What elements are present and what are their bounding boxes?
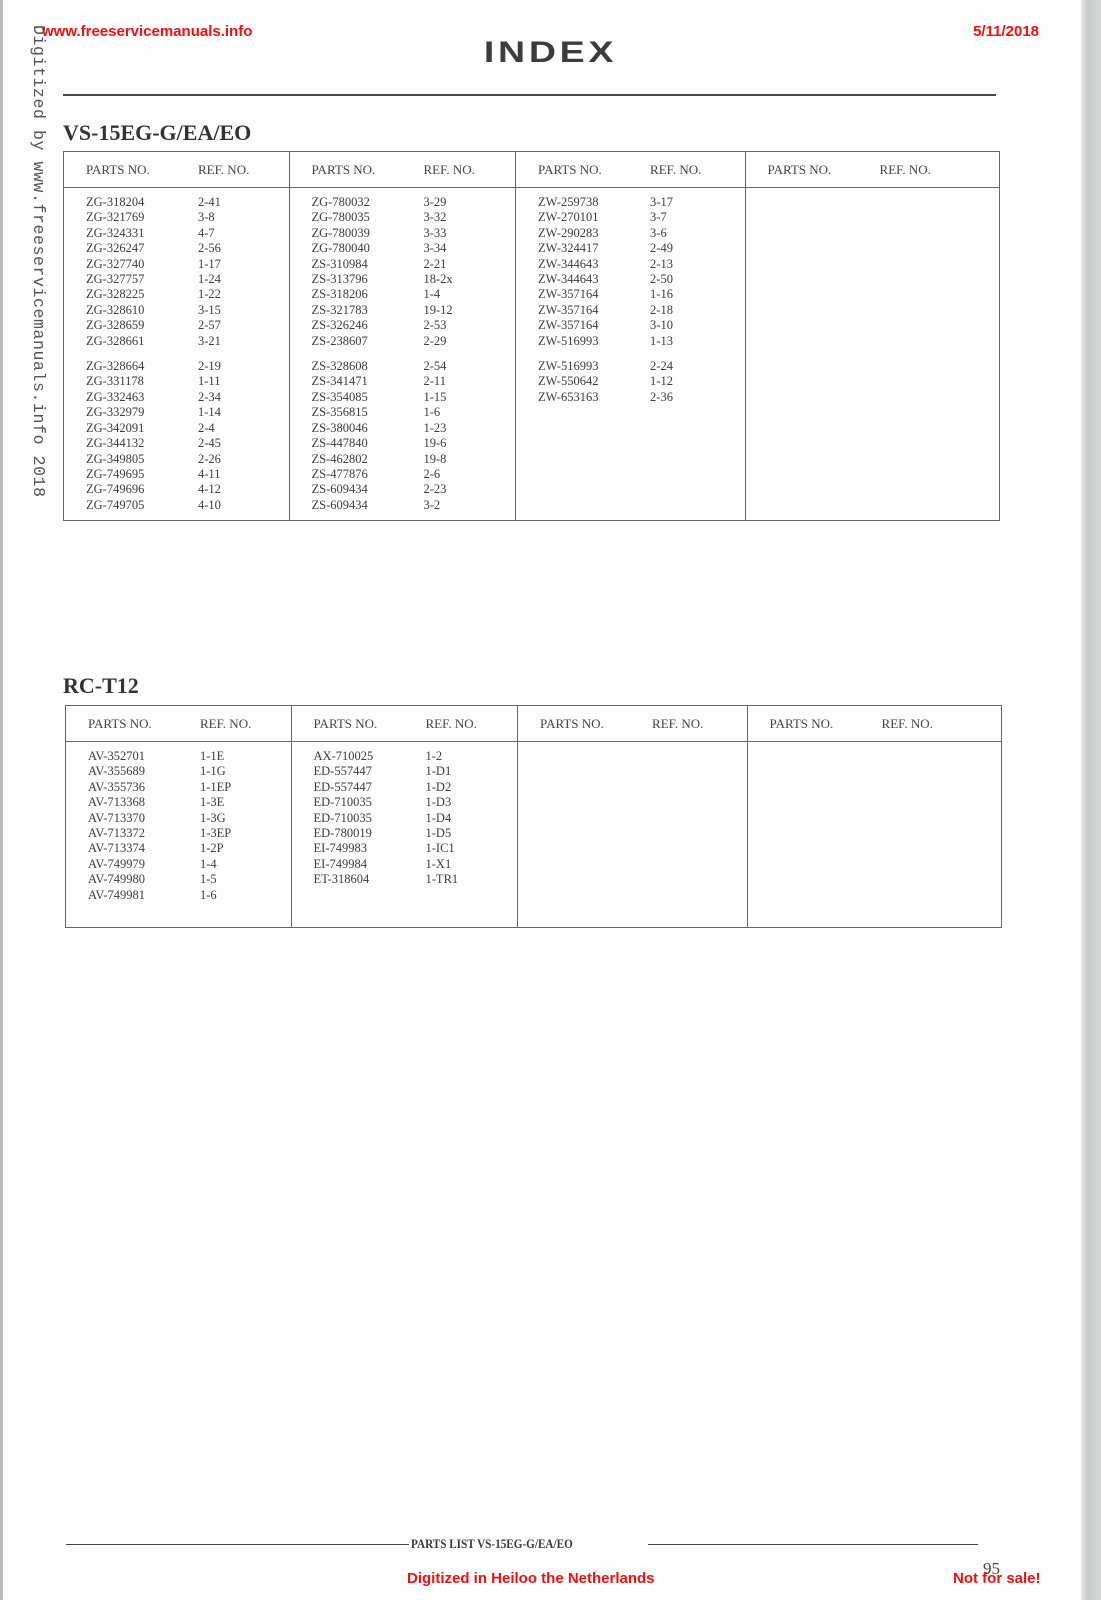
ref-no-cell: 1-2P (200, 841, 224, 856)
watermark-digitized-location: Digitized in Heiloo the Netherlands (407, 1570, 655, 1587)
column-header: PARTS NO.REF. NO. (518, 706, 747, 742)
parts-no-cell: EI-749983 (292, 841, 426, 856)
footer-rule-left (66, 1544, 409, 1545)
section-title-vs15eg: VS-15EG-G/EA/EO (63, 120, 251, 146)
ref-no-cell: 2-29 (424, 334, 447, 349)
table-row: ZG-3217693-8 (64, 210, 289, 225)
ref-no-cell: 1-1EP (200, 780, 231, 795)
table-row: ZG-3277571-24 (64, 272, 289, 287)
ref-no-cell: 1-1E (200, 749, 224, 764)
column-header: PARTS NO.REF. NO. (746, 152, 999, 188)
ref-no-cell: 1-16 (650, 287, 673, 302)
table-row: ZG-7497054-10 (64, 498, 289, 513)
table-row: ZG-7800353-32 (290, 210, 516, 225)
parts-no-cell: ZG-327740 (64, 257, 198, 272)
table-row: ZW-3571641-16 (516, 287, 745, 302)
parts-no-cell: ZW-516993 (516, 359, 650, 374)
ref-no-cell: 2-36 (650, 390, 673, 405)
header-ref-no: REF. NO. (198, 162, 249, 178)
ref-no-cell: 1-12 (650, 374, 673, 389)
column-header: PARTS NO.REF. NO. (66, 706, 291, 742)
table-column: PARTS NO.REF. NO.ZG-7800323-29ZG-7800353… (290, 152, 517, 520)
parts-no-cell: ZS-313796 (290, 272, 424, 287)
parts-table-vs15eg: PARTS NO.REF. NO.ZG-3182042-41ZG-3217693… (63, 151, 1000, 521)
table-row: ZS-3540851-15 (290, 390, 516, 405)
table-row: ZG-3324632-34 (64, 390, 289, 405)
ref-no-cell: 2-23 (424, 482, 447, 497)
ref-no-cell: 3-15 (198, 303, 221, 318)
ref-no-cell: 1-IC1 (426, 841, 455, 856)
table-row: ZG-3277401-17 (64, 257, 289, 272)
ref-no-cell: 1-X1 (426, 857, 452, 872)
ref-no-cell: 2-19 (198, 359, 221, 374)
table-row: ZG-7800323-29 (290, 195, 516, 210)
table-row: ZS-3109842-21 (290, 257, 516, 272)
table-row: EI-7499831-IC1 (292, 841, 518, 856)
ref-no-cell: 19-8 (424, 452, 447, 467)
table-column: PARTS NO.REF. NO.ZG-3182042-41ZG-3217693… (64, 152, 290, 520)
ref-no-cell: 3-33 (424, 226, 447, 241)
parts-no-cell: ZG-328661 (64, 334, 198, 349)
parts-no-cell: ZS-354085 (290, 390, 424, 405)
table-row: ZG-3262472-56 (64, 241, 289, 256)
column-header: PARTS NO.REF. NO. (64, 152, 289, 188)
table-row: ZS-3286082-54 (290, 359, 516, 374)
column-header: PARTS NO.REF. NO. (290, 152, 516, 188)
parts-no-cell: ZW-357164 (516, 287, 650, 302)
table-row: ZW-2701013-7 (516, 210, 745, 225)
table-row: ZS-3182061-4 (290, 287, 516, 302)
header-parts-no: PARTS NO. (518, 716, 652, 732)
table-row: AV-7133741-2P (66, 841, 291, 856)
table-row: ZG-3286103-15 (64, 303, 289, 318)
ref-no-cell: 3-32 (424, 210, 447, 225)
ref-no-cell: 1-D4 (426, 811, 452, 826)
table-row: ZW-2902833-6 (516, 226, 745, 241)
table-row: AV-7133681-3E (66, 795, 291, 810)
parts-no-cell: AV-355689 (66, 764, 200, 779)
header-parts-no: PARTS NO. (746, 162, 880, 178)
table-row: ZG-3329791-14 (64, 405, 289, 420)
ref-no-cell: 19-6 (424, 436, 447, 451)
ref-no-cell: 2-56 (198, 241, 221, 256)
parts-no-cell: ZW-324417 (516, 241, 650, 256)
ref-no-cell: 4-12 (198, 482, 221, 497)
parts-no-cell: ZG-327757 (64, 272, 198, 287)
table-row: ZW-5169932-24 (516, 359, 745, 374)
ref-no-cell: 1-13 (650, 334, 673, 349)
ref-no-cell: 3-17 (650, 195, 673, 210)
parts-no-cell: ZG-331178 (64, 374, 198, 389)
table-row: ZG-3182042-41 (64, 195, 289, 210)
parts-no-cell: AV-749981 (66, 888, 200, 903)
table-row: AV-7499791-4 (66, 857, 291, 872)
header-ref-no: REF. NO. (880, 162, 931, 178)
parts-no-cell: ZS-326246 (290, 318, 424, 333)
table-row: ED-7100351-D3 (292, 795, 518, 810)
parts-no-cell: ZW-550642 (516, 374, 650, 389)
table-row: ZW-3446432-50 (516, 272, 745, 287)
ref-no-cell: 1-14 (198, 405, 221, 420)
parts-no-cell: ZG-344132 (64, 436, 198, 451)
header-parts-no: PARTS NO. (64, 162, 198, 178)
header-ref-no: REF. NO. (426, 716, 477, 732)
section-title-rct12: RC-T12 (63, 673, 139, 699)
header-ref-no: REF. NO. (650, 162, 701, 178)
parts-no-cell: ZW-270101 (516, 210, 650, 225)
parts-no-cell: ZG-321769 (64, 210, 198, 225)
header-parts-no: PARTS NO. (748, 716, 882, 732)
ref-no-cell: 3-6 (650, 226, 667, 241)
ref-no-cell: 1-1G (200, 764, 226, 779)
header-ref-no: REF. NO. (200, 716, 251, 732)
table-row: AV-3527011-1E (66, 749, 291, 764)
header-parts-no: PARTS NO. (292, 716, 426, 732)
table-row: ZG-7800403-34 (290, 241, 516, 256)
table-column: PARTS NO.REF. NO.ZW-2597383-17ZW-2701013… (516, 152, 746, 520)
table-column: PARTS NO.REF. NO.AX-7100251-2ED-5574471-… (292, 706, 519, 927)
table-row: ZW-2597383-17 (516, 195, 745, 210)
parts-no-cell: ZS-609434 (290, 482, 424, 497)
column-header: PARTS NO.REF. NO. (516, 152, 745, 188)
table-row: AV-7499811-6 (66, 888, 291, 903)
parts-no-cell: ZG-780040 (290, 241, 424, 256)
ref-no-cell: 1-11 (198, 374, 220, 389)
table-column: PARTS NO.REF. NO. (518, 706, 748, 927)
parts-no-cell: AV-355736 (66, 780, 200, 795)
ref-no-cell: 1-6 (200, 888, 217, 903)
watermark-vertical-digitized: Digitized by www.freeservicemanuals.info… (29, 25, 48, 498)
parts-no-cell: ZG-749695 (64, 467, 198, 482)
table-row: ED-5574471-D2 (292, 780, 518, 795)
table-row: ZG-3286592-57 (64, 318, 289, 333)
ref-no-cell: 2-24 (650, 359, 673, 374)
ref-no-cell: 2-34 (198, 390, 221, 405)
parts-no-cell: ED-557447 (292, 764, 426, 779)
header-parts-no: PARTS NO. (290, 162, 424, 178)
scan-edge-left (0, 0, 3, 1600)
parts-no-cell: ZG-326247 (64, 241, 198, 256)
ref-no-cell: 1-24 (198, 272, 221, 287)
title-rule (63, 94, 996, 96)
table-row: ZW-3446432-13 (516, 257, 745, 272)
table-row: ED-7800191-D5 (292, 826, 518, 841)
table-row: ED-7100351-D4 (292, 811, 518, 826)
ref-no-cell: 2-6 (424, 467, 441, 482)
footer-rule-right (648, 1544, 978, 1545)
parts-no-cell: ZS-238607 (290, 334, 424, 349)
parts-no-cell: ZG-332463 (64, 390, 198, 405)
ref-no-cell: 1-6 (424, 405, 441, 420)
parts-no-cell: ZG-780032 (290, 195, 424, 210)
page-title: INDEX (0, 36, 1101, 70)
column-header: PARTS NO.REF. NO. (292, 706, 518, 742)
parts-no-cell: ZS-341471 (290, 374, 424, 389)
table-row: AV-3556891-1G (66, 764, 291, 779)
parts-no-cell: ZS-380046 (290, 421, 424, 436)
parts-no-cell: ZG-332979 (64, 405, 198, 420)
parts-no-cell: ZG-342091 (64, 421, 198, 436)
table-row: ZG-7800393-33 (290, 226, 516, 241)
ref-no-cell: 2-11 (424, 374, 446, 389)
ref-no-cell: 3-34 (424, 241, 447, 256)
table-row: ZG-3498052-26 (64, 452, 289, 467)
table-row: AV-7133721-3EP (66, 826, 291, 841)
parts-no-cell: ED-780019 (292, 826, 426, 841)
ref-no-cell: 1-4 (424, 287, 441, 302)
ref-no-cell: 3-8 (198, 210, 215, 225)
ref-no-cell: 3-7 (650, 210, 667, 225)
parts-no-cell: ZW-516993 (516, 334, 650, 349)
scan-edge-right (1081, 0, 1101, 1600)
parts-no-cell: ZG-349805 (64, 452, 198, 467)
ref-no-cell: 3-21 (198, 334, 221, 349)
table-column: PARTS NO.REF. NO. (748, 706, 1001, 927)
parts-no-cell: ZS-328608 (290, 359, 424, 374)
table-row: ED-5574471-D1 (292, 764, 518, 779)
ref-no-cell: 2-57 (198, 318, 221, 333)
column-header: PARTS NO.REF. NO. (748, 706, 1001, 742)
ref-no-cell: 1-4 (200, 857, 217, 872)
header-parts-no: PARTS NO. (516, 162, 650, 178)
parts-no-cell: ZG-749696 (64, 482, 198, 497)
ref-no-cell: 1-23 (424, 421, 447, 436)
table-row: ZW-3571643-10 (516, 318, 745, 333)
parts-no-cell: ZW-290283 (516, 226, 650, 241)
parts-no-cell: ZG-318204 (64, 195, 198, 210)
parts-no-cell: ED-557447 (292, 780, 426, 795)
ref-no-cell: 2-26 (198, 452, 221, 467)
ref-no-cell: 2-13 (650, 257, 673, 272)
ref-no-cell: 4-7 (198, 226, 215, 241)
table-row: ZS-3414712-11 (290, 374, 516, 389)
parts-no-cell: ZW-344643 (516, 257, 650, 272)
parts-no-cell: AV-749980 (66, 872, 200, 887)
table-row: ZS-6094342-23 (290, 482, 516, 497)
header-ref-no: REF. NO. (652, 716, 703, 732)
ref-no-cell: 2-49 (650, 241, 673, 256)
ref-no-cell: 2-18 (650, 303, 673, 318)
table-row: ZW-3571642-18 (516, 303, 745, 318)
parts-no-cell: ZG-780035 (290, 210, 424, 225)
parts-no-cell: ZW-653163 (516, 390, 650, 405)
ref-no-cell: 2-53 (424, 318, 447, 333)
ref-no-cell: 1-3EP (200, 826, 231, 841)
ref-no-cell: 3-2 (424, 498, 441, 513)
parts-no-cell: AV-713370 (66, 811, 200, 826)
ref-no-cell: 3-29 (424, 195, 447, 210)
table-row: ZS-31379618-2x (290, 272, 516, 287)
table-row: ZS-3800461-23 (290, 421, 516, 436)
parts-no-cell: ZS-356815 (290, 405, 424, 420)
ref-no-cell: 2-41 (198, 195, 221, 210)
table-row: ZG-3420912-4 (64, 421, 289, 436)
parts-no-cell: ZW-259738 (516, 195, 650, 210)
parts-no-cell: ZS-321783 (290, 303, 424, 318)
ref-no-cell: 2-4 (198, 421, 215, 436)
ref-no-cell: 2-50 (650, 272, 673, 287)
parts-no-cell: ZG-324331 (64, 226, 198, 241)
table-row: ZG-3243314-7 (64, 226, 289, 241)
table-row: AV-7499801-5 (66, 872, 291, 887)
table-row: EI-7499841-X1 (292, 857, 518, 872)
parts-no-cell: ZS-447840 (290, 436, 424, 451)
table-column: PARTS NO.REF. NO.AV-3527011-1EAV-3556891… (66, 706, 292, 927)
table-row: ZG-7496954-11 (64, 467, 289, 482)
parts-no-cell: ZG-328659 (64, 318, 198, 333)
ref-no-cell: 4-10 (198, 498, 221, 513)
parts-no-cell: ZS-318206 (290, 287, 424, 302)
table-row: ZW-5506421-12 (516, 374, 745, 389)
table-column: PARTS NO.REF. NO. (746, 152, 999, 520)
table-row: ZS-3262462-53 (290, 318, 516, 333)
parts-no-cell: ZG-749705 (64, 498, 198, 513)
parts-no-cell: ZW-357164 (516, 318, 650, 333)
table-row: ZG-7496964-12 (64, 482, 289, 497)
table-row: ZW-3244172-49 (516, 241, 745, 256)
parts-no-cell: AV-713368 (66, 795, 200, 810)
parts-no-cell: AV-713372 (66, 826, 200, 841)
header-parts-no: PARTS NO. (66, 716, 200, 732)
ref-no-cell: 1-D5 (426, 826, 452, 841)
ref-no-cell: 1-D2 (426, 780, 452, 795)
watermark-not-for-sale: Not for sale! (953, 1570, 1041, 1587)
parts-no-cell: ZG-328664 (64, 359, 198, 374)
header-ref-no: REF. NO. (424, 162, 475, 178)
ref-no-cell: 2-45 (198, 436, 221, 451)
parts-table-rct12: PARTS NO.REF. NO.AV-3527011-1EAV-3556891… (65, 705, 1002, 928)
table-row: ZS-46280219-8 (290, 452, 516, 467)
table-row: AX-7100251-2 (292, 749, 518, 764)
table-row: ET-3186041-TR1 (292, 872, 518, 887)
ref-no-cell: 2-21 (424, 257, 447, 272)
table-row: ZS-3568151-6 (290, 405, 516, 420)
parts-no-cell: ZG-328610 (64, 303, 198, 318)
table-row: ZS-2386072-29 (290, 334, 516, 349)
table-row: AV-7133701-3G (66, 811, 291, 826)
parts-no-cell: ZS-310984 (290, 257, 424, 272)
parts-no-cell: AV-713374 (66, 841, 200, 856)
ref-no-cell: 18-2x (424, 272, 453, 287)
parts-no-cell: ET-318604 (292, 872, 426, 887)
table-row: ZG-3441322-45 (64, 436, 289, 451)
ref-no-cell: 2-54 (424, 359, 447, 374)
table-row: ZS-32178319-12 (290, 303, 516, 318)
ref-no-cell: 1-TR1 (426, 872, 459, 887)
parts-no-cell: ZS-609434 (290, 498, 424, 513)
ref-no-cell: 1-D1 (426, 764, 452, 779)
table-row: ZG-3286613-21 (64, 334, 289, 349)
ref-no-cell: 1-3E (200, 795, 224, 810)
table-row: ZS-6094343-2 (290, 498, 516, 513)
table-row: ZS-44784019-6 (290, 436, 516, 451)
table-row: AV-3557361-1EP (66, 780, 291, 795)
footer-parts-list-label: PARTS LIST VS-15EG-G/EA/EO (411, 1536, 573, 1552)
ref-no-cell: 3-10 (650, 318, 673, 333)
table-row: ZW-6531632-36 (516, 390, 745, 405)
ref-no-cell: 1-D3 (426, 795, 452, 810)
ref-no-cell: 1-22 (198, 287, 221, 302)
parts-no-cell: ZS-462802 (290, 452, 424, 467)
parts-no-cell: ZG-328225 (64, 287, 198, 302)
parts-no-cell: EI-749984 (292, 857, 426, 872)
table-row: ZW-5169931-13 (516, 334, 745, 349)
ref-no-cell: 1-3G (200, 811, 226, 826)
ref-no-cell: 4-11 (198, 467, 220, 482)
parts-no-cell: ZW-344643 (516, 272, 650, 287)
ref-no-cell: 1-17 (198, 257, 221, 272)
parts-no-cell: AV-352701 (66, 749, 200, 764)
ref-no-cell: 19-12 (424, 303, 453, 318)
ref-no-cell: 1-5 (200, 872, 217, 887)
parts-no-cell: ZS-477876 (290, 467, 424, 482)
parts-no-cell: ZG-780039 (290, 226, 424, 241)
ref-no-cell: 1-15 (424, 390, 447, 405)
parts-no-cell: AX-710025 (292, 749, 426, 764)
parts-no-cell: ED-710035 (292, 811, 426, 826)
ref-no-cell: 1-2 (426, 749, 443, 764)
table-row: ZG-3311781-11 (64, 374, 289, 389)
table-row: ZS-4778762-6 (290, 467, 516, 482)
table-row: ZG-3282251-22 (64, 287, 289, 302)
header-ref-no: REF. NO. (882, 716, 933, 732)
parts-no-cell: ED-710035 (292, 795, 426, 810)
parts-no-cell: AV-749979 (66, 857, 200, 872)
parts-no-cell: ZW-357164 (516, 303, 650, 318)
table-row: ZG-3286642-19 (64, 359, 289, 374)
